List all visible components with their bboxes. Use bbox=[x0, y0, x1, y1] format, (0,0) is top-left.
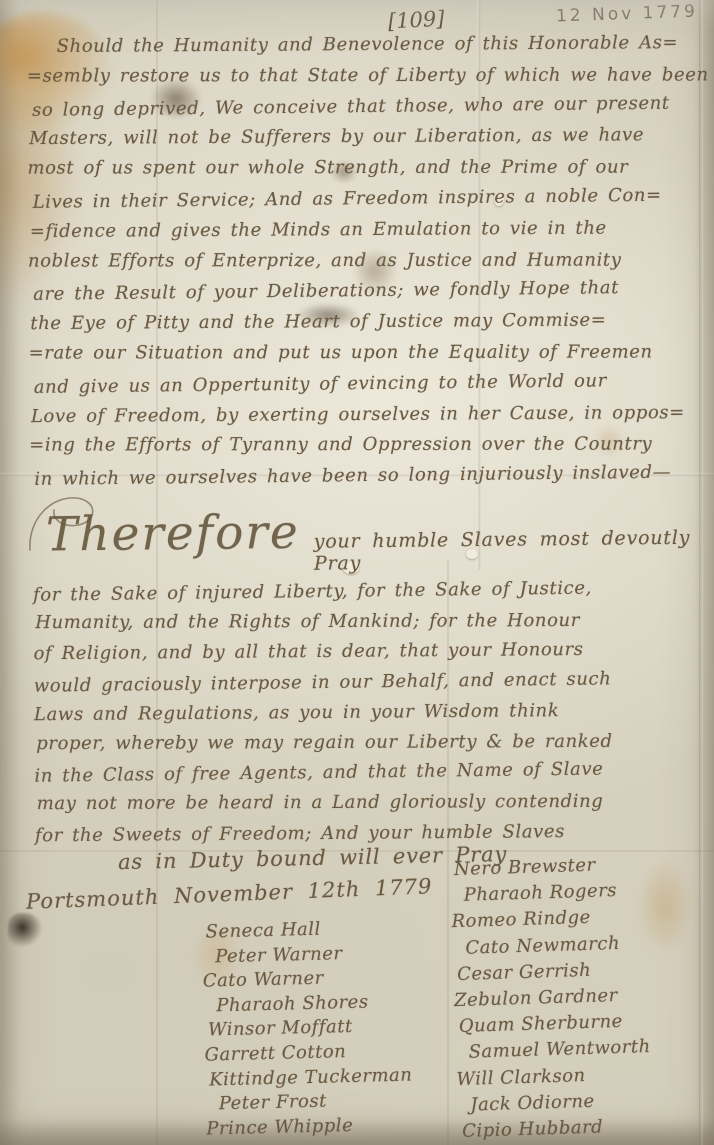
therefore-line: Therefore your humble Slaves most devout… bbox=[46, 501, 714, 578]
dateline: Portsmouth November 12th 1779 bbox=[26, 874, 433, 914]
text-line: Should the Humanity and Benevolence of t… bbox=[29, 28, 711, 63]
signature: Cipio Hubbard bbox=[462, 1113, 654, 1145]
text-line: may not more be heard in a Land glorious… bbox=[37, 787, 615, 820]
text-line: most of us spent our whole Strength, and… bbox=[27, 153, 709, 185]
text-line: Love of Freedom, by exerting ourselves i… bbox=[31, 397, 713, 432]
text-line: =sembly restore us to that State of Libe… bbox=[27, 60, 709, 92]
archival-date-annotation: 12 Nov 1779 bbox=[556, 2, 699, 27]
text-line: noblest Efforts of Enterprize, and as Ju… bbox=[28, 245, 710, 277]
signature: Kittindge Tuckerman bbox=[209, 1063, 413, 1093]
petition-manuscript-page: [109] 12 Nov 1779 Should the Humanity an… bbox=[0, 0, 714, 1145]
therefore-line-rest: your humble Slaves most devoutly Pray bbox=[314, 527, 714, 575]
text-line: in which we ourselves have been so long … bbox=[34, 457, 714, 496]
text-line: =fidence and gives the Minds an Emulatio… bbox=[30, 213, 712, 248]
petition-prayer-paragraph: for the Sake of injured Liberty, for the… bbox=[33, 575, 613, 851]
text-line: the Eye of Pitty and the Heart of Justic… bbox=[30, 305, 712, 340]
text-line: Masters, will not be Sufferers by our Li… bbox=[29, 120, 711, 155]
text-line: Humanity, and the Rights of Mankind; for… bbox=[35, 606, 613, 639]
petition-opening-paragraph: Should the Humanity and Benevolence of t… bbox=[29, 28, 714, 494]
ink-blot-bottom-left bbox=[8, 913, 44, 949]
text-line: =rate our Situation and put us upon the … bbox=[29, 337, 711, 369]
signature: Prince Whipple bbox=[206, 1112, 414, 1142]
therefore-initial-word: Therefore bbox=[46, 505, 300, 563]
signature-column-right: Nero Brewster Pharaoh Rogers Romeo Rindg… bbox=[454, 851, 654, 1145]
text-line: =ing the Efforts of Tyranny and Oppressi… bbox=[29, 430, 711, 462]
signature-column-left: Seneca Hall Peter Warner Cato Warner Pha… bbox=[205, 916, 414, 1142]
